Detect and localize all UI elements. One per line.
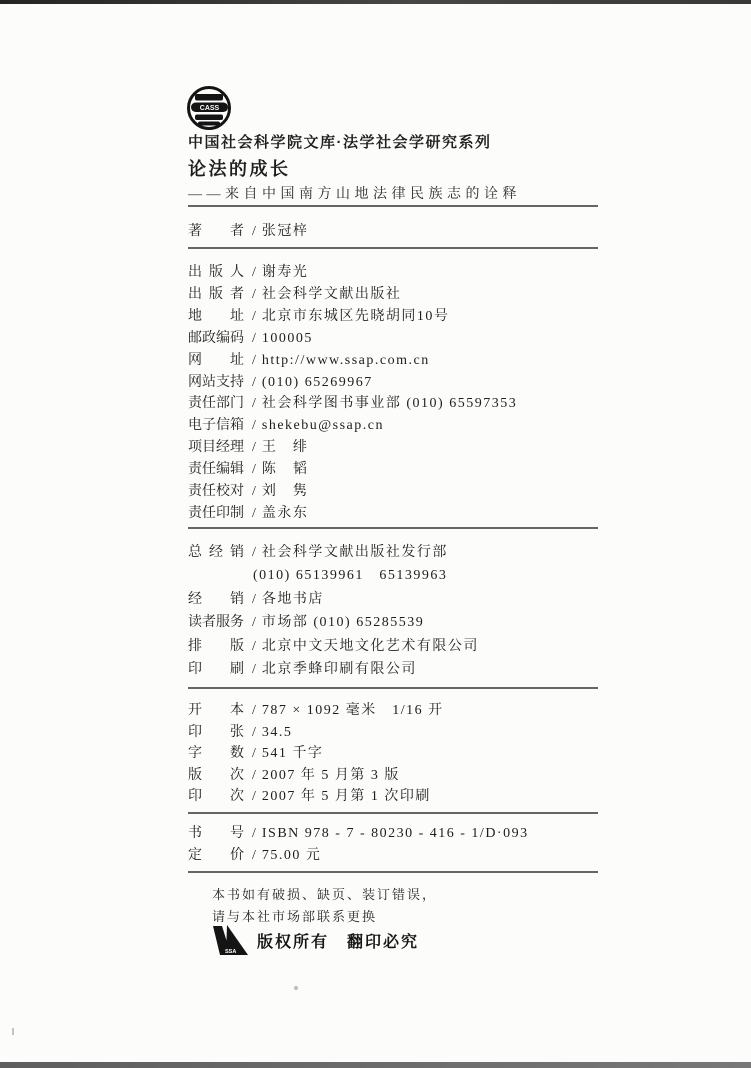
field-value: shekebu@ssap.cn — [262, 418, 384, 433]
field-value: 王 绯 — [262, 440, 309, 455]
colophon-row: 开本/787 × 1092 毫米 1/16 开 — [188, 700, 608, 722]
slash-separator: / — [252, 635, 256, 658]
colophon-row: 项目经理/王 绯 — [188, 437, 608, 459]
cass-logo-text: CASS — [200, 105, 220, 112]
field-label: 邮政编码 — [188, 328, 244, 350]
scan-speck — [294, 986, 298, 990]
field-value: 541 千字 — [262, 746, 324, 761]
field-value: 2007 年 5 月第 1 次印刷 — [262, 789, 431, 804]
series-title: 中国社会科学院文库·法学社会学研究系列 — [188, 131, 492, 152]
divider — [188, 812, 598, 814]
field-value: 北京季蜂印刷有限公司 — [262, 662, 417, 677]
scan-speck — [12, 1028, 14, 1035]
field-label: 经销 — [188, 588, 244, 611]
scan-edge-bottom — [0, 1062, 751, 1068]
slash-separator: / — [252, 503, 256, 525]
field-label: 定价 — [188, 845, 244, 867]
field-label: 印刷 — [188, 658, 244, 681]
field-value: 各地书店 — [262, 592, 324, 607]
colophon-row-continuation: (010) 65139961 65139963 — [188, 564, 608, 587]
colophon-row: 经销/各地书店 — [188, 588, 608, 611]
field-value: http://www.ssap.com.cn — [262, 353, 430, 368]
isbn-row: 书号/ISBN 978 - 7 - 80230 - 416 - 1/D·093 — [188, 823, 608, 845]
field-value: 张冠梓 — [262, 224, 309, 239]
field-value: 100005 — [262, 331, 313, 346]
isbn-block: 书号/ISBN 978 - 7 - 80230 - 416 - 1/D·093 … — [188, 823, 608, 867]
field-label: 印张 — [188, 722, 244, 744]
colophon-row: 排版/北京中文天地文化艺术有限公司 — [188, 635, 608, 658]
field-label: 地址 — [188, 306, 244, 328]
slash-separator: / — [252, 306, 256, 328]
colophon-row: 网站支持/(010) 65269967 — [188, 372, 608, 394]
field-label: 出版人 — [188, 262, 244, 284]
copyright-row: SSA 版权所有 翻印必究 — [212, 925, 419, 955]
slash-separator: / — [252, 372, 256, 394]
field-value: 787 × 1092 毫米 1/16 开 — [262, 703, 444, 718]
field-value: 谢寿光 — [262, 265, 309, 280]
slash-separator: / — [252, 437, 256, 459]
field-value: 社会科学文献出版社 — [262, 287, 402, 302]
slash-separator: / — [252, 541, 256, 564]
divider — [188, 871, 598, 873]
divider — [188, 205, 598, 207]
colophon-row: 印次/2007 年 5 月第 1 次印刷 — [188, 786, 608, 808]
slash-separator: / — [252, 845, 256, 867]
field-label: 读者服务 — [188, 611, 244, 634]
field-label: 版次 — [188, 765, 244, 787]
colophon-row: 印张/34.5 — [188, 722, 608, 744]
scan-edge-top — [0, 0, 751, 4]
field-label: 网址 — [188, 350, 244, 372]
replacement-notice: 本书如有破损、缺页、装订错误， 请与本社市场部联系更换 — [212, 884, 437, 927]
divider — [188, 687, 598, 689]
divider — [188, 247, 598, 249]
field-label: 著者 — [188, 221, 244, 242]
slash-separator: / — [252, 415, 256, 437]
slash-separator: / — [252, 284, 256, 306]
field-label: 项目经理 — [188, 437, 244, 459]
slash-separator: / — [252, 722, 256, 744]
ssap-logo-icon: SSA — [212, 925, 248, 955]
field-value: 盖永东 — [262, 506, 309, 521]
field-label: 总经销 — [188, 541, 244, 564]
field-value: 北京中文天地文化艺术有限公司 — [262, 639, 479, 654]
colophon-row: 版次/2007 年 5 月第 3 版 — [188, 765, 608, 787]
slash-separator: / — [252, 786, 256, 808]
field-value: 陈 韬 — [262, 462, 309, 477]
publisher-block: 出版人/谢寿光 出版者/社会科学文献出版社 地址/北京市东城区先晓胡同10号 邮… — [188, 262, 608, 525]
field-label: 字数 — [188, 743, 244, 765]
colophon-row: 网址/http://www.ssap.com.cn — [188, 350, 608, 372]
field-label: 排版 — [188, 635, 244, 658]
colophon-row: 地址/北京市东城区先晓胡同10号 — [188, 306, 608, 328]
field-value: 北京市东城区先晓胡同10号 — [262, 309, 450, 324]
price-row: 定价/75.00 元 — [188, 845, 608, 867]
author-row: 著者/张冠梓 — [188, 221, 608, 242]
slash-separator: / — [252, 588, 256, 611]
colophon-row: 出版人/谢寿光 — [188, 262, 608, 284]
field-value: 刘 隽 — [262, 484, 309, 499]
field-label: 责任编辑 — [188, 459, 244, 481]
ssap-logo-text: SSA — [225, 949, 236, 955]
colophon-row: 印刷/北京季蜂印刷有限公司 — [188, 658, 608, 681]
format-block: 开本/787 × 1092 毫米 1/16 开 印张/34.5 字数/541 千… — [188, 700, 608, 808]
slash-separator: / — [252, 481, 256, 503]
colophon-row: 责任印制/盖永东 — [188, 503, 608, 525]
distribution-block: 总经销/社会科学文献出版社发行部 (010) 65139961 65139963… — [188, 541, 608, 681]
field-value: 34.5 — [262, 725, 293, 740]
slash-separator: / — [252, 611, 256, 634]
field-value: (010) 65269967 — [262, 375, 373, 390]
book-title: 论法的成长 — [188, 155, 291, 181]
slash-separator: / — [252, 328, 256, 350]
field-label: 开本 — [188, 700, 244, 722]
cass-logo: CASS — [186, 85, 232, 136]
slash-separator: / — [252, 221, 256, 242]
field-label: 责任部门 — [188, 393, 244, 415]
colophon-row: 出版者/社会科学文献出版社 — [188, 284, 608, 306]
field-label: 电子信箱 — [188, 415, 244, 437]
colophon-row: 字数/541 千字 — [188, 743, 608, 765]
colophon-row: 责任编辑/陈 韬 — [188, 459, 608, 481]
field-value: 75.00 元 — [262, 848, 322, 863]
cass-logo-icon: CASS — [186, 85, 232, 131]
field-value: 市场部 (010) 65285539 — [262, 615, 424, 630]
field-label: 书号 — [188, 823, 244, 845]
field-value: 社会科学文献出版社发行部 — [262, 545, 448, 560]
field-value: (010) 65139961 65139963 — [253, 568, 447, 583]
slash-separator: / — [252, 823, 256, 845]
colophon-row: 电子信箱/shekebu@ssap.cn — [188, 415, 608, 437]
field-label: 印次 — [188, 786, 244, 808]
author-block: 著者/张冠梓 — [188, 221, 608, 242]
field-label: 网站支持 — [188, 372, 244, 394]
field-label: 出版者 — [188, 284, 244, 306]
book-subtitle: ——来自中国南方山地法律民族志的诠释 — [188, 183, 521, 203]
colophon-page: CASS 中国社会科学院文库·法学社会学研究系列 论法的成长 ——来自中国南方山… — [0, 0, 751, 1068]
slash-separator: / — [252, 350, 256, 372]
slash-separator: / — [252, 743, 256, 765]
colophon-row: 邮政编码/100005 — [188, 328, 608, 350]
field-label: 责任印制 — [188, 503, 244, 525]
field-value: ISBN 978 - 7 - 80230 - 416 - 1/D·093 — [262, 826, 529, 841]
field-value: 社会科学图书事业部 (010) 65597353 — [262, 396, 517, 411]
slash-separator: / — [252, 393, 256, 415]
slash-separator: / — [252, 658, 256, 681]
field-label: 责任校对 — [188, 481, 244, 503]
slash-separator: / — [252, 262, 256, 284]
slash-separator: / — [252, 700, 256, 722]
colophon-row: 责任校对/刘 隽 — [188, 481, 608, 503]
notice-line-1: 本书如有破损、缺页、装订错误， — [212, 884, 437, 906]
slash-separator: / — [252, 765, 256, 787]
notice-line-2: 请与本社市场部联系更换 — [212, 906, 437, 928]
colophon-row: 读者服务/市场部 (010) 65285539 — [188, 611, 608, 634]
copyright-statement: 版权所有 翻印必究 — [257, 929, 419, 952]
colophon-row: 总经销/社会科学文献出版社发行部 — [188, 541, 608, 564]
colophon-row: 责任部门/社会科学图书事业部 (010) 65597353 — [188, 393, 608, 415]
slash-separator: / — [252, 459, 256, 481]
divider — [188, 527, 598, 529]
field-value: 2007 年 5 月第 3 版 — [262, 768, 400, 783]
